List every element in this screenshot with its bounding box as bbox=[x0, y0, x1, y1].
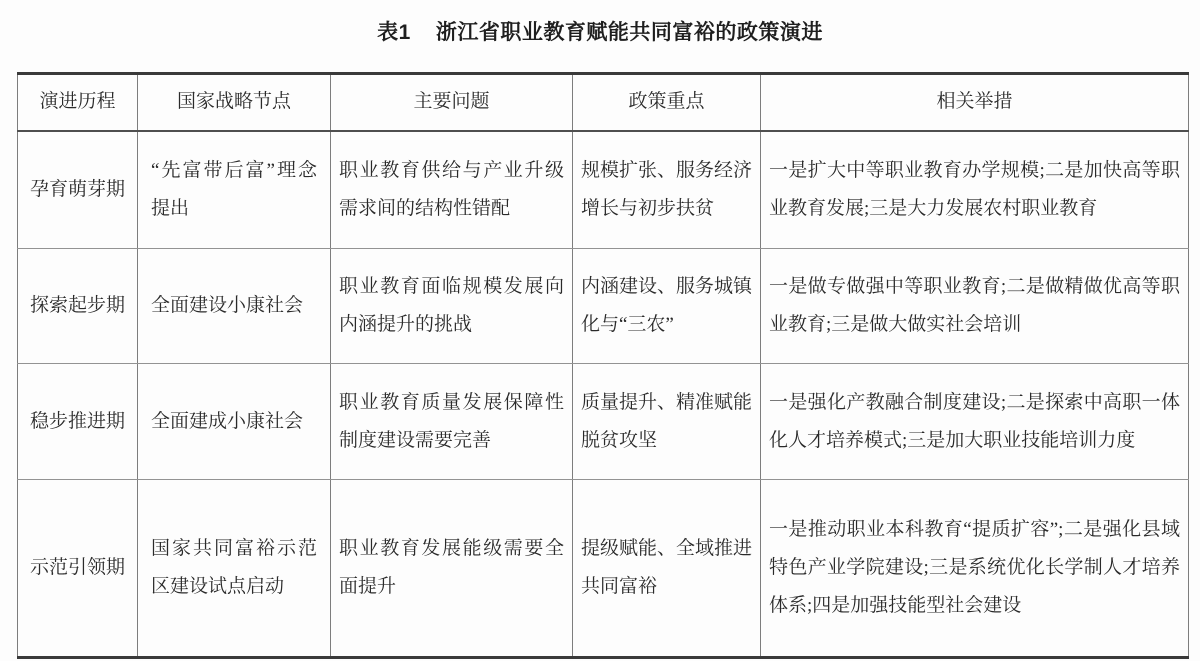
policy-evolution-table: 演进历程 国家战略节点 主要问题 政策重点 相关举措 孕育萌芽期 “先富带后富”… bbox=[17, 72, 1189, 659]
col-header-stage: 演进历程 bbox=[18, 74, 138, 132]
cell-main-problem: 职业教育质量发展保障性制度建设需要完善 bbox=[331, 364, 573, 480]
cell-national-node: 全面建设小康社会 bbox=[138, 249, 331, 364]
cell-policy-focus: 质量提升、精准赋能脱贫攻坚 bbox=[573, 364, 761, 480]
cell-measures: 一是推动职业本科教育“提质扩容”;二是强化县域特色产业学院建设;三是系统优化长学… bbox=[761, 480, 1189, 658]
cell-national-node: “先富带后富”理念提出 bbox=[138, 131, 331, 249]
cell-measures: 一是做专做强中等职业教育;二是做精做优高等职业教育;三是做大做实社会培训 bbox=[761, 249, 1189, 364]
cell-stage: 探索起步期 bbox=[18, 249, 138, 364]
table-number: 表1 bbox=[377, 21, 411, 44]
table-caption: 浙江省职业教育赋能共同富裕的政策演进 bbox=[436, 21, 823, 44]
cell-national-node: 全面建成小康社会 bbox=[138, 364, 331, 480]
cell-measures: 一是强化产教融合制度建设;二是探索中高职一体化人才培养模式;三是加大职业技能培训… bbox=[761, 364, 1189, 480]
cell-national-node: 国家共同富裕示范区建设试点启动 bbox=[138, 480, 331, 658]
table-row-exploration: 探索起步期 全面建设小康社会 职业教育面临规模发展向内涵提升的挑战 内涵建设、服… bbox=[18, 249, 1189, 364]
cell-stage: 孕育萌芽期 bbox=[18, 131, 138, 249]
cell-main-problem: 职业教育供给与产业升级需求间的结构性错配 bbox=[331, 131, 573, 249]
col-header-policy-focus: 政策重点 bbox=[573, 74, 761, 132]
cell-policy-focus: 提级赋能、全域推进共同富裕 bbox=[573, 480, 761, 658]
cell-main-problem: 职业教育发展能级需要全面提升 bbox=[331, 480, 573, 658]
cell-policy-focus: 内涵建设、服务城镇化与“三农” bbox=[573, 249, 761, 364]
cell-measures: 一是扩大中等职业教育办学规模;二是加快高等职业教育发展;三是大力发展农村职业教育 bbox=[761, 131, 1189, 249]
col-header-main-problems: 主要问题 bbox=[331, 74, 573, 132]
table-row-steady-advance: 稳步推进期 全面建成小康社会 职业教育质量发展保障性制度建设需要完善 质量提升、… bbox=[18, 364, 1189, 480]
table-title: 表1浙江省职业教育赋能共同富裕的政策演进 bbox=[0, 0, 1200, 46]
col-header-measures: 相关举措 bbox=[761, 74, 1189, 132]
scanned-paper-page: 表1浙江省职业教育赋能共同富裕的政策演进 演进历程 国家战略节点 主要问题 政策… bbox=[0, 0, 1200, 661]
cell-policy-focus: 规模扩张、服务经济增长与初步扶贫 bbox=[573, 131, 761, 249]
table-header-row: 演进历程 国家战略节点 主要问题 政策重点 相关举措 bbox=[18, 74, 1189, 132]
cell-main-problem: 职业教育面临规模发展向内涵提升的挑战 bbox=[331, 249, 573, 364]
table-row-incubation: 孕育萌芽期 “先富带后富”理念提出 职业教育供给与产业升级需求间的结构性错配 规… bbox=[18, 131, 1189, 249]
cell-stage: 示范引领期 bbox=[18, 480, 138, 658]
col-header-national-node: 国家战略节点 bbox=[138, 74, 331, 132]
cell-stage: 稳步推进期 bbox=[18, 364, 138, 480]
table-row-demonstration: 示范引领期 国家共同富裕示范区建设试点启动 职业教育发展能级需要全面提升 提级赋… bbox=[18, 480, 1189, 658]
